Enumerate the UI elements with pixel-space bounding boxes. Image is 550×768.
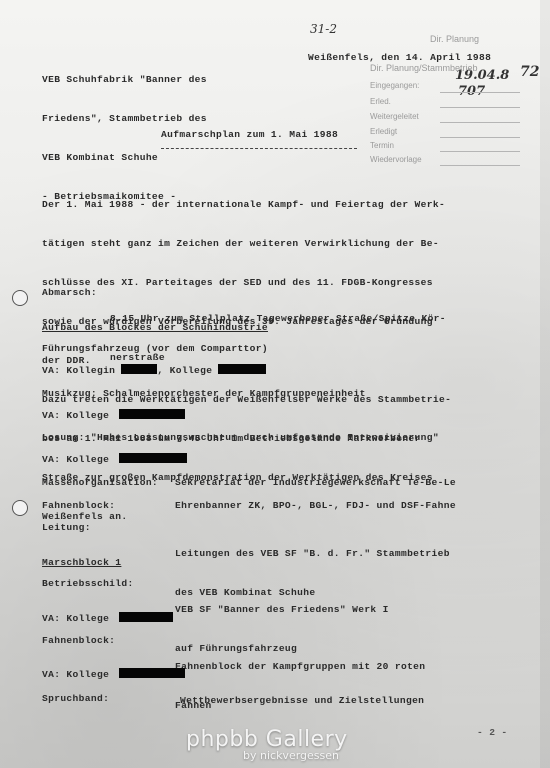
va-label: VA: Kollege [42, 410, 109, 421]
slogan-value: "Hohes Leistungswachstum durch umfassend… [91, 432, 439, 443]
row-label: Spruchband: [42, 692, 109, 705]
music-value: Schalmeienorchester der Kampfgruppeneinh… [103, 388, 366, 399]
row-value-line: VEB SF "Banner des Friedens" Werk I [175, 603, 389, 616]
watermark-subtitle: by nickvergessen [243, 749, 339, 762]
stamp-line [440, 151, 520, 152]
va-label: VA: Kollegin [42, 365, 115, 376]
lead-vehicle: Führungsfahrzeug (vor dem Comparttor) [42, 342, 268, 355]
va-row: VA: Kollege [42, 668, 185, 681]
va-label: , Kollege [157, 365, 212, 376]
departure-label: Abmarsch: [42, 286, 97, 299]
document-page: VEB Schuhfabrik "Banner des Friedens", S… [0, 0, 550, 768]
va-row: VA: Kollegin , Kollege [42, 364, 266, 377]
row-label: Betriebsschild: [42, 577, 134, 590]
row-value-line: Leitungen des VEB SF "B. d. Fr." Stammbe… [175, 547, 450, 560]
row-label: Massenorganisation: [42, 476, 158, 489]
stamp-line [440, 165, 520, 166]
section-heading: Marschblock 1 [42, 556, 121, 569]
section-heading: Aufbau des Blockes der Schuhindustrie [42, 321, 268, 334]
stamp-row: Weitergeleitet [370, 111, 419, 123]
punch-hole-icon [12, 500, 28, 516]
document-title: Aufmarschplan zum 1. Mai 1988 [161, 128, 338, 141]
row-label: Fahnenblock: [42, 499, 115, 512]
intro-line: Der 1. Mai 1988 - der internationale Kam… [42, 198, 451, 211]
stamp-row: Erledigt [370, 126, 397, 138]
stamp-top: Dir. Planung [430, 33, 479, 45]
redaction-bar [119, 668, 185, 678]
va-label: VA: Kollege [42, 669, 109, 680]
slogan-row: Losung: "Hohes Leistungswachstum durch u… [42, 431, 439, 444]
stamp-line [440, 137, 520, 138]
music-label: Musikzug: [42, 388, 97, 399]
page-footer: - 2 - [477, 726, 508, 739]
letterhead-line: VEB Schuhfabrik "Banner des [42, 73, 207, 86]
row-value-line: Fahnenblock der Kampfgruppen mit 20 rote… [175, 660, 425, 673]
letterhead-line: Friedens", Stammbetrieb des [42, 112, 207, 125]
folder-number: 31-2 [310, 22, 337, 36]
row-value: Sekretariat der Industriegewerkschaft Te… [175, 476, 456, 489]
slogan-label: Losung: [42, 432, 85, 443]
redaction-bar [119, 612, 173, 622]
stamp-line [440, 92, 520, 93]
place-date: Weißenfels, den 14. April 1988 [308, 51, 491, 64]
stamp-row: Eingegangen: [370, 80, 419, 92]
letterhead-line: VEB Kombinat Schuhe [42, 151, 207, 164]
row-label: Leitung: [42, 521, 91, 534]
row-value: Fahnenblock der Kampfgruppen mit 20 rote… [175, 634, 425, 738]
music-row: Musikzug: Schalmeienorchester der Kampfg… [42, 387, 366, 400]
va-label: VA: Kollege [42, 613, 109, 624]
stamp-line [440, 122, 520, 123]
va-row: VA: Kollege [42, 612, 173, 625]
title-underline [161, 148, 357, 149]
stamp-line [440, 107, 520, 108]
va-row: VA: Kollege [42, 453, 187, 466]
row-value: Wettbewerbsergebnisse und Zielstellungen [180, 694, 424, 707]
redaction-bar [121, 364, 157, 374]
redaction-bar [119, 409, 185, 419]
stamp-row: Erled. [370, 96, 391, 108]
redaction-bar [119, 453, 187, 463]
row-label: Fahnenblock: [42, 634, 115, 647]
va-row: VA: Kollege [42, 409, 185, 422]
punch-hole-icon [12, 290, 28, 306]
stamp-row: Wiedervorlage [370, 154, 422, 166]
page-number-mark: 72 [520, 64, 539, 80]
row-value: Ehrenbanner ZK, BPO-, BGL-, FDJ- und DSF… [175, 499, 456, 512]
redaction-bar [218, 364, 266, 374]
va-label: VA: Kollege [42, 454, 109, 465]
stamp-row: Termin [370, 140, 394, 152]
intro-line: tätigen steht ganz im Zeichen der weiter… [42, 237, 451, 250]
